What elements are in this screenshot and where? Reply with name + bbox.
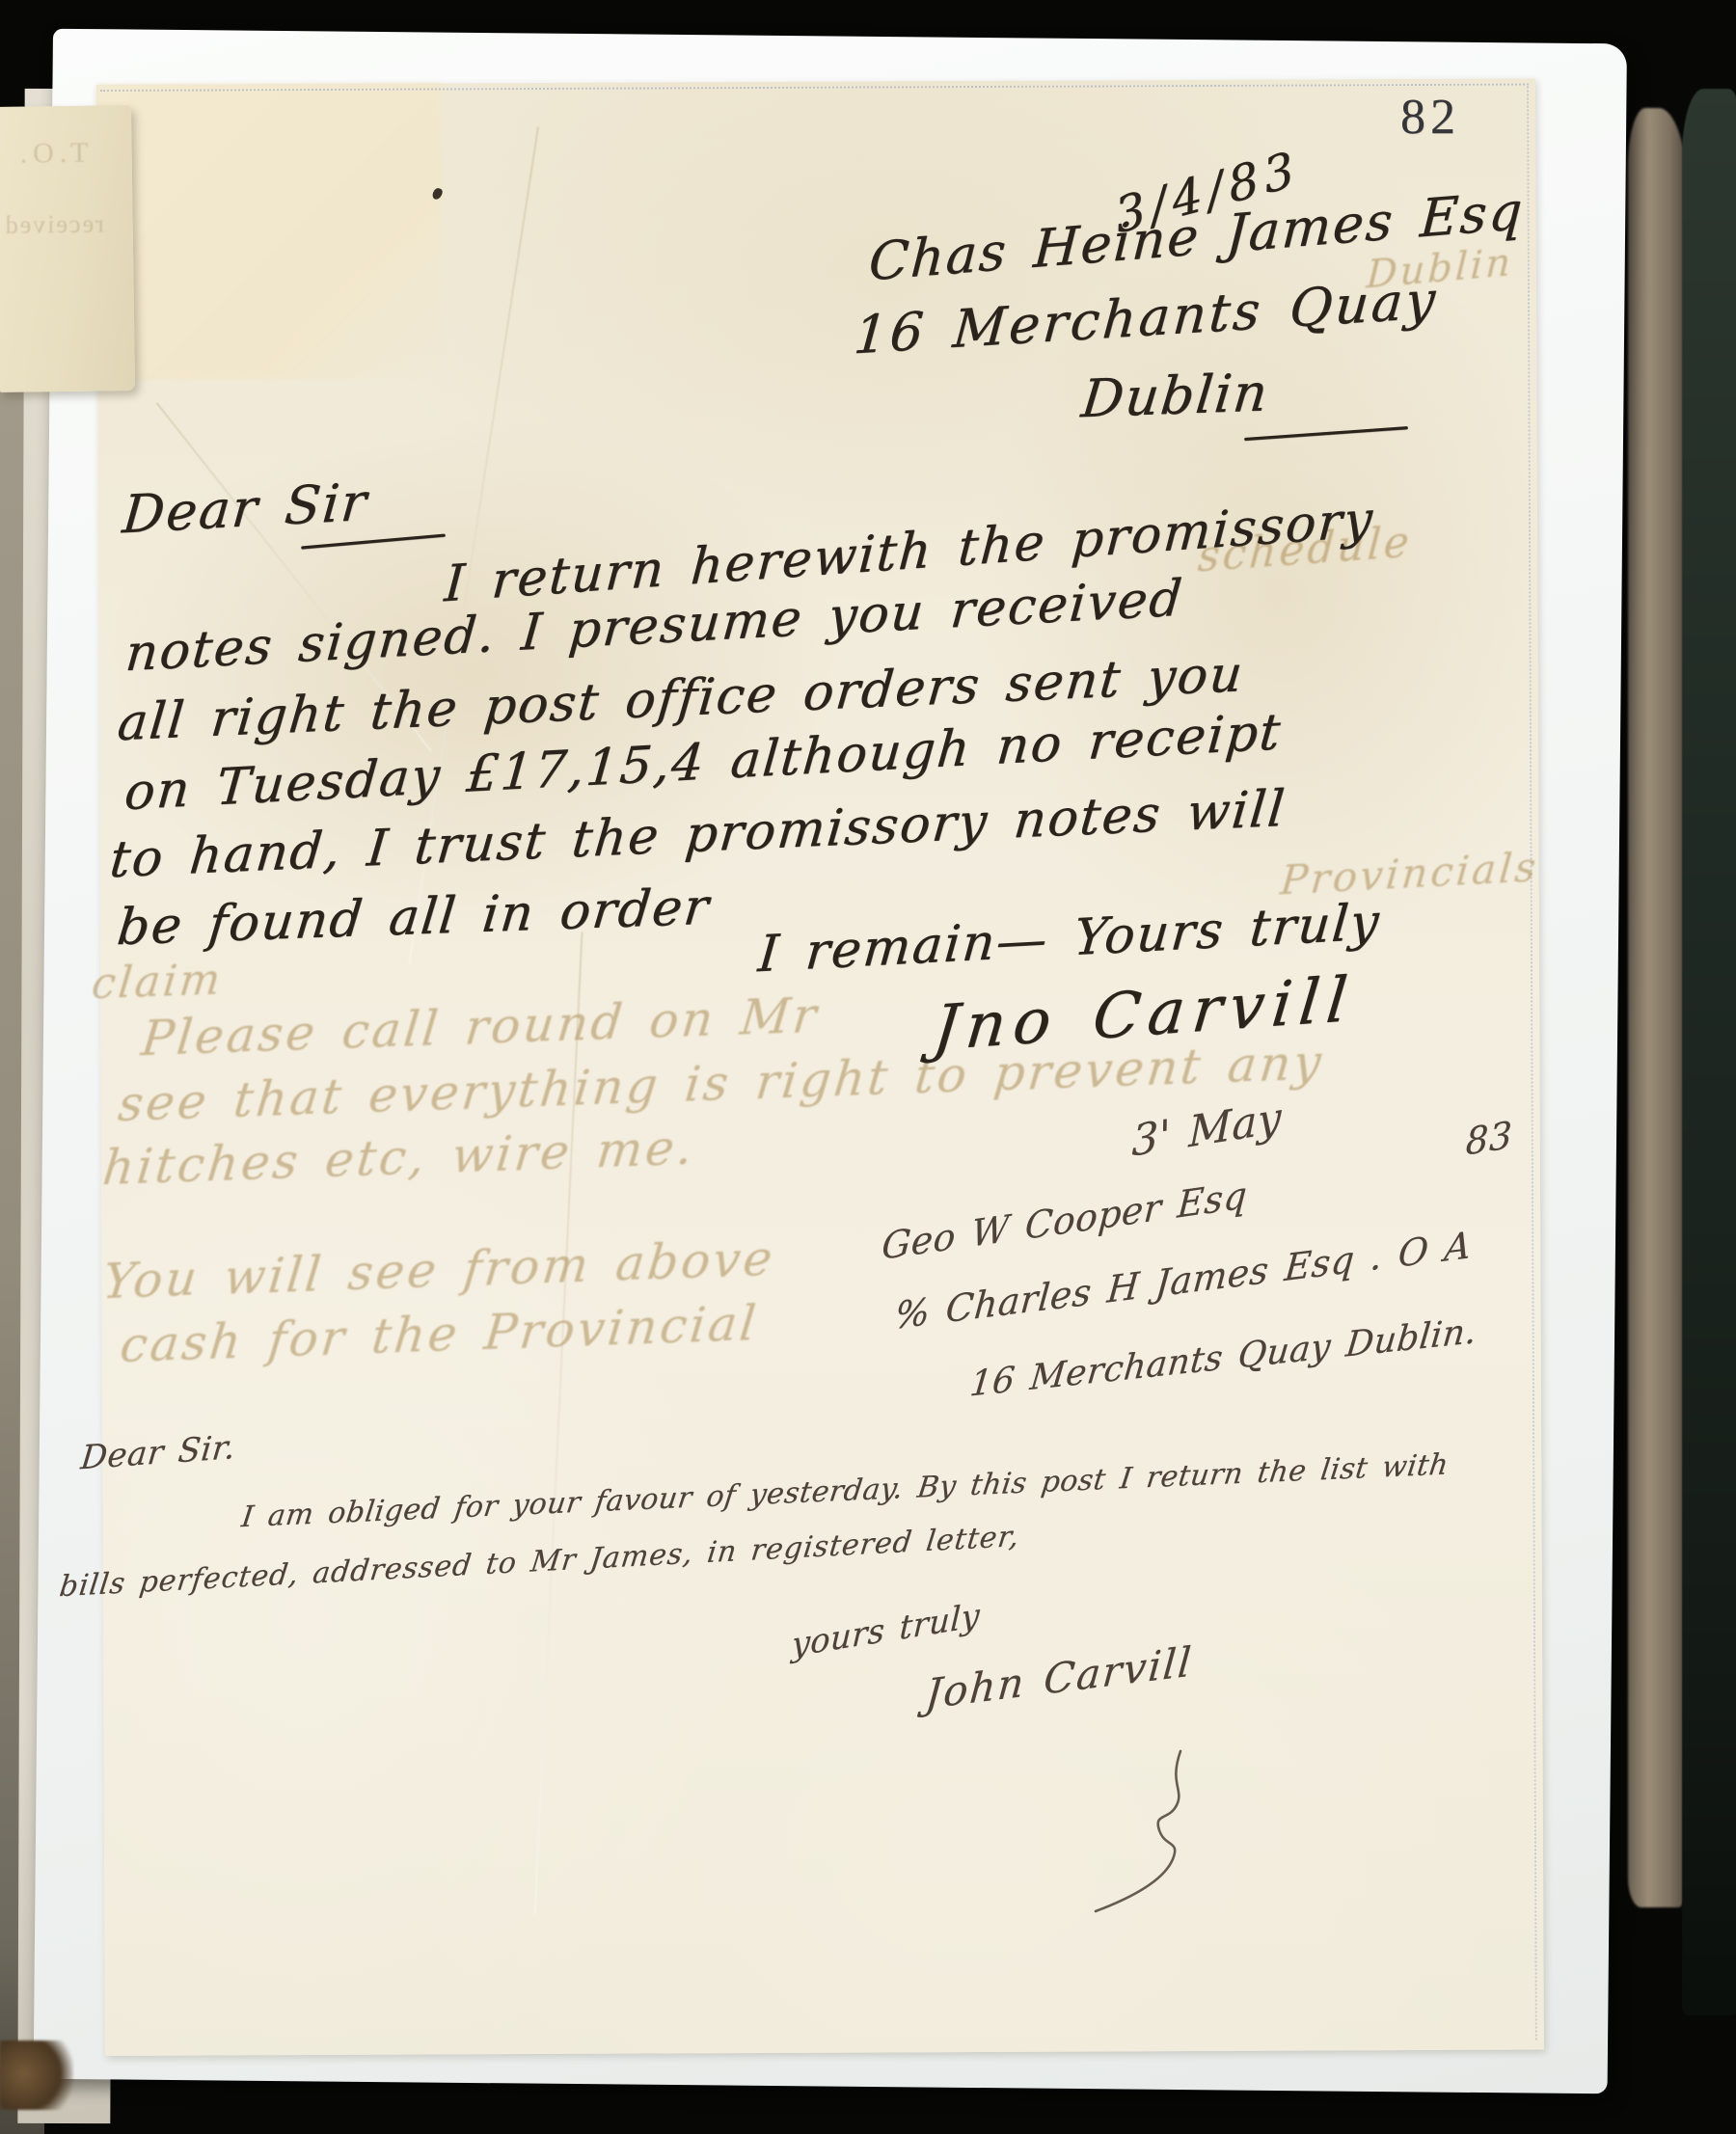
index-tab: T.O. received [0,105,135,392]
letter2-date-year: 83 [1465,1113,1513,1163]
ghost-bleedthrough-line: claim [90,955,226,1009]
letterbook-scan: Dublin schedule Provincials claim Please… [0,0,1736,2134]
book-pages-edge [1628,108,1688,1907]
signature-flourish [1088,1745,1223,1923]
tab-ghost-print: received [3,209,103,239]
tab-ghost-print: T.O. [14,137,88,171]
letter1-address-line2: Dublin [1078,362,1272,429]
book-cover-edge [1682,89,1736,2015]
paper-blot [0,2040,73,2110]
folio-number: 82 [1400,89,1460,146]
